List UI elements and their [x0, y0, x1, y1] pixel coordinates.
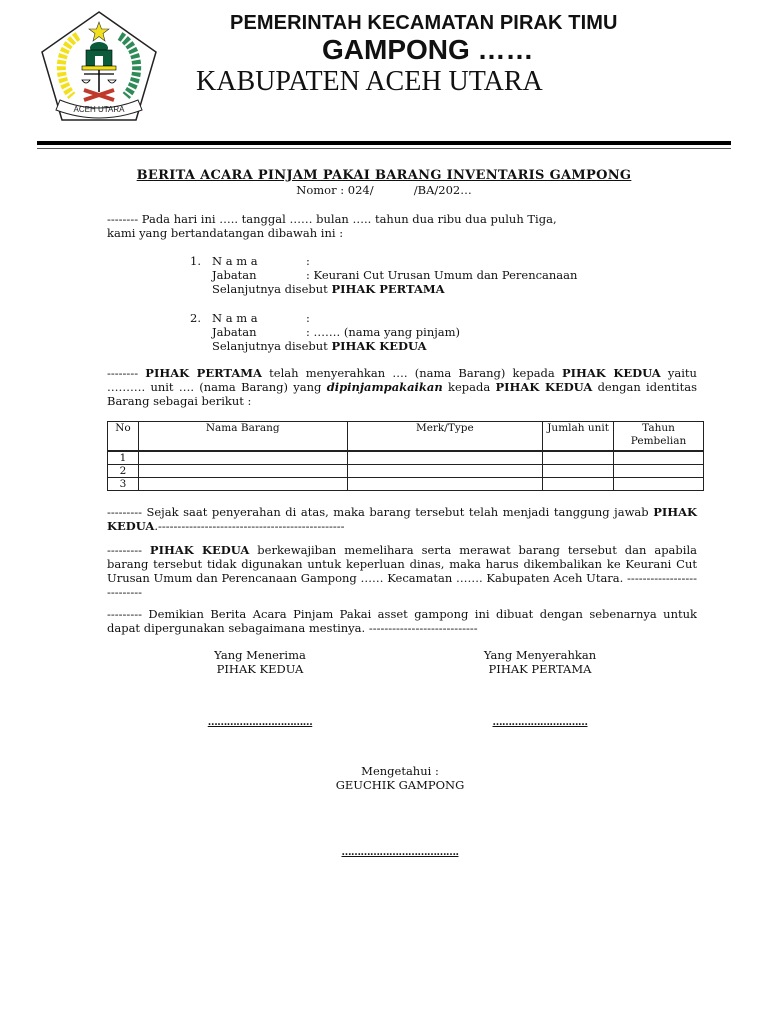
- handover-text: kepada: [443, 380, 496, 394]
- party-1-nama-label: N a m a: [212, 254, 306, 268]
- signature-receiver: Yang Menerima PIHAK KEDUA ……………………………: [180, 648, 340, 730]
- cell-nama-barang: [138, 465, 347, 478]
- aceh-utara-logo: ACEH UTARA: [38, 8, 160, 126]
- party-1-jabatan-value: : Keurani Cut Urusan Umum dan Perencanaa…: [306, 268, 577, 282]
- header-rule-thin: [37, 148, 731, 149]
- cell-merk-type: [347, 478, 543, 491]
- cell-nama-barang: [138, 451, 347, 465]
- giver-signature-line: …………………………: [460, 716, 620, 730]
- responsibility-text: --------- Sejak saat penyerahan di atas,…: [107, 505, 653, 519]
- document-title: BERITA ACARA PINJAM PAKAI BARANG INVENTA…: [0, 168, 768, 183]
- letterhead-kabupaten: KABUPATEN ACEH UTARA: [196, 66, 543, 98]
- inventory-table: No Nama Barang Merk/Type Jumlah unit Tah…: [107, 421, 704, 491]
- handover-text: telah menyerahkan …. (nama Barang) kepad…: [262, 366, 562, 380]
- cell-tahun: [614, 478, 704, 491]
- cell-nama-barang: [138, 478, 347, 491]
- party-2-jabatan-value: : ……. (nama yang pinjam): [306, 325, 460, 339]
- closing-paragraph: --------- Demikian Berita Acara Pinjam P…: [107, 607, 697, 635]
- header-jumlah-unit: Jumlah unit: [543, 422, 614, 452]
- witness-signature-line: ……………………………….: [310, 846, 490, 860]
- handover-party: PIHAK PERTAMA: [145, 366, 262, 380]
- party-2-sebut-prefix: Selanjutnya disebut: [212, 339, 331, 353]
- signature-witness: Mengetahui : GEUCHIK GAMPONG ………………………………: [310, 764, 490, 860]
- witness-party: GEUCHIK GAMPONG: [310, 778, 490, 792]
- svg-text:ACEH UTARA: ACEH UTARA: [74, 105, 126, 114]
- receiver-role: Yang Menerima: [180, 648, 340, 662]
- cell-jumlah: [543, 478, 614, 491]
- giver-role: Yang Menyerahkan: [460, 648, 620, 662]
- signature-giver: Yang Menyerahkan PIHAK PERTAMA …………………………: [460, 648, 620, 730]
- table-row: 2: [108, 465, 704, 478]
- intro-paragraph: -------- Pada hari ini ….. tanggal …… bu…: [107, 212, 697, 240]
- cell-no: 1: [108, 451, 139, 465]
- party-1-number: 1.: [190, 254, 212, 268]
- receiver-party: PIHAK KEDUA: [180, 662, 340, 676]
- cell-jumlah: [543, 465, 614, 478]
- party-2-number: 2.: [190, 311, 212, 325]
- header-no: No: [108, 422, 139, 452]
- party-2-jabatan-label: Jabatan: [212, 325, 306, 339]
- party-2-sebut-name: PIHAK KEDUA: [331, 339, 426, 353]
- intro-line-2: kami yang bertandatangan dibawah ini :: [107, 226, 697, 240]
- party-2: 2.N a m a: Jabatan: ……. (nama yang pinja…: [190, 311, 460, 353]
- handover-paragraph: -------- PIHAK PERTAMA telah menyerahkan…: [107, 366, 697, 408]
- cell-no: 2: [108, 465, 139, 478]
- handover-text: --------: [107, 366, 145, 380]
- party-1-sebut-name: PIHAK PERTAMA: [331, 282, 444, 296]
- responsibility-paragraph: --------- Sejak saat penyerahan di atas,…: [107, 505, 697, 533]
- obligation-party: PIHAK KEDUA: [150, 543, 249, 557]
- inventory-header-row: No Nama Barang Merk/Type Jumlah unit Tah…: [108, 422, 704, 452]
- handover-party: PIHAK KEDUA: [496, 380, 593, 394]
- obligation-paragraph: --------- PIHAK KEDUA berkewajiban memel…: [107, 543, 697, 599]
- giver-party: PIHAK PERTAMA: [460, 662, 620, 676]
- obligation-text: ---------: [107, 543, 150, 557]
- party-1-jabatan-label: Jabatan: [212, 268, 306, 282]
- document-number: Nomor : 024/ /BA/202…: [0, 183, 768, 197]
- witness-role: Mengetahui :: [310, 764, 490, 778]
- party-2-nama-label: N a m a: [212, 311, 306, 325]
- cell-merk-type: [347, 451, 543, 465]
- table-row: 1: [108, 451, 704, 465]
- table-row: 3: [108, 478, 704, 491]
- receiver-signature-line: ……………………………: [180, 716, 340, 730]
- cell-jumlah: [543, 451, 614, 465]
- header-tahun-pembelian: Tahun Pembelian: [614, 422, 704, 452]
- header-merk-type: Merk/Type: [347, 422, 543, 452]
- responsibility-text: .---------------------------------------…: [154, 519, 344, 533]
- intro-line-1: -------- Pada hari ini ….. tanggal …… bu…: [107, 212, 697, 226]
- letterhead-government: PEMERINTAH KECAMATAN PIRAK TIMU: [230, 12, 618, 35]
- handover-emphasis: dipinjampakaikan: [327, 380, 443, 394]
- party-1: 1.N a m a: Jabatan: Keurani Cut Urusan U…: [190, 254, 577, 296]
- cell-tahun: [614, 465, 704, 478]
- header-rule-thick: [37, 141, 731, 145]
- handover-party: PIHAK KEDUA: [562, 366, 661, 380]
- party-1-nama-value: :: [306, 254, 310, 268]
- header-nama-barang: Nama Barang: [138, 422, 347, 452]
- letterhead-gampong: GAMPONG ……: [322, 34, 534, 66]
- cell-merk-type: [347, 465, 543, 478]
- cell-no: 3: [108, 478, 139, 491]
- party-2-nama-value: :: [306, 311, 310, 325]
- party-1-sebut-prefix: Selanjutnya disebut: [212, 282, 331, 296]
- cell-tahun: [614, 451, 704, 465]
